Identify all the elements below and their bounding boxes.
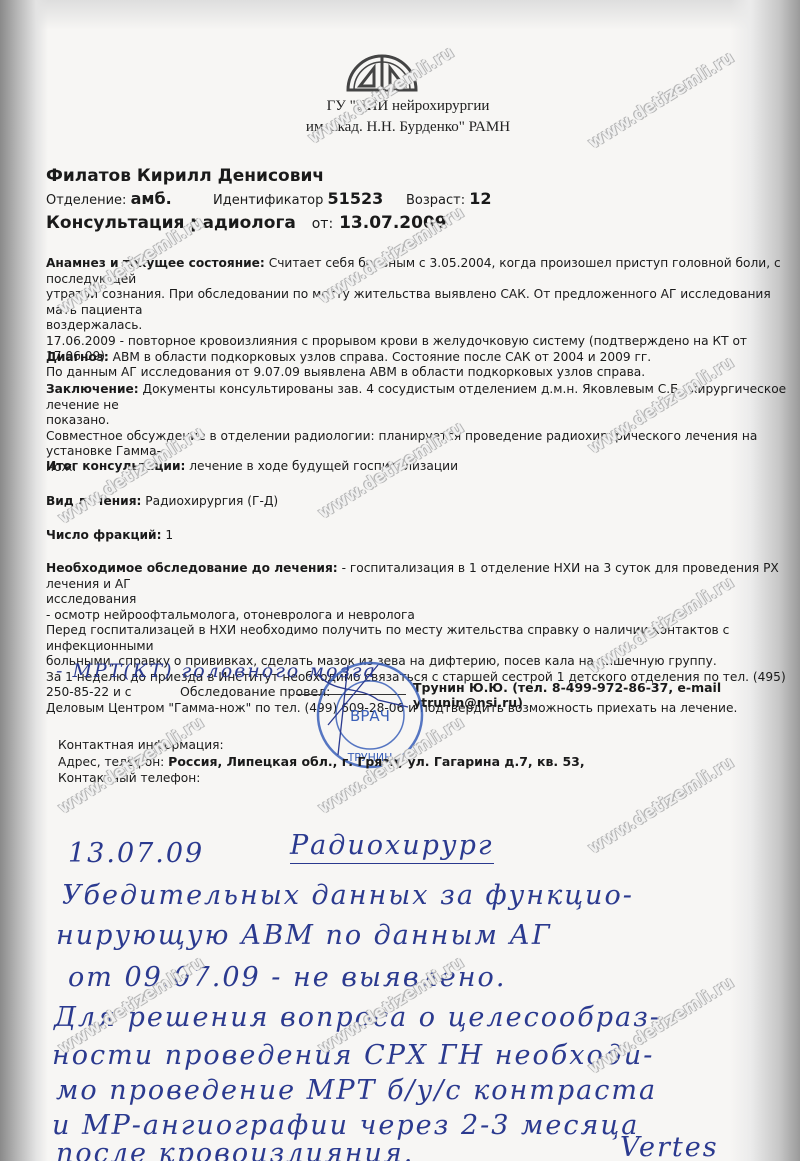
- handwritten-line: нирующую АВМ по данным АГ: [56, 920, 552, 951]
- watermark: www.detizemli.ru: [585, 753, 738, 859]
- fractions-section: Число фракций: 1: [46, 528, 798, 544]
- handwritten-date: 13.07.09: [68, 838, 204, 869]
- department-value: амб.: [131, 189, 172, 208]
- diagnosis-section: Диагноз: АВМ в области подкорковых узлов…: [46, 350, 798, 366]
- identifier-value: 51523: [328, 189, 384, 208]
- handwritten-signature: Vertes: [620, 1132, 719, 1161]
- conclusion-line: показано.: [46, 413, 798, 429]
- anamnesis-line: утратой сознания. При обследовании по ме…: [46, 287, 798, 318]
- handwritten-line: после кровоизлияния.: [56, 1138, 414, 1161]
- fractions-label: Число фракций:: [46, 528, 161, 542]
- department-label: Отделение:: [46, 193, 126, 208]
- org-name-line2: им. акад. Н.Н. Бурденко" РАМН: [8, 119, 800, 136]
- doctor-info: Трунин Ю.Ю. (тел. 8-499-972-86-37, e-mai…: [413, 680, 800, 710]
- identifier-field: Идентификатор 51523: [213, 189, 383, 208]
- scan-shadow-left: [0, 0, 48, 1161]
- treatment-type-text: Радиохирургия (Г-Д): [145, 494, 278, 508]
- treatment-type-section: Вид лечения: Радиохирургия (Г-Д): [46, 494, 798, 510]
- org-name-line1: ГУ "НИИ нейрохирургии: [8, 98, 800, 115]
- handwritten-line: Убедительных данных за функцио-: [62, 880, 634, 911]
- department-field: Отделение: амб.: [46, 189, 172, 208]
- consultation-date-label: от:: [312, 216, 333, 232]
- consultation-title: Консультация радиолога от: 13.07.2009: [46, 213, 447, 233]
- handwritten-line: мо проведение МРТ б/у/с контраста: [56, 1075, 657, 1106]
- identifier-label: Идентификатор: [213, 193, 323, 208]
- diagnosis-text: АВМ в области подкорковых узлов справа. …: [113, 350, 652, 364]
- fractions-value: 1: [165, 528, 173, 542]
- handwritten-title: Радиохирург: [290, 830, 494, 864]
- patient-name: Филатов Кирилл Денисович: [46, 166, 324, 186]
- scan-shadow-top: [0, 0, 800, 30]
- handwritten-line: ности проведения СРХ ГН необходи-: [52, 1040, 654, 1071]
- anamnesis-line: воздержалась.: [46, 318, 798, 334]
- conclusion-label: Заключение:: [46, 382, 139, 396]
- handwritten-line: и МР-ангиографии через 2-3 месяца: [52, 1110, 639, 1141]
- required-exam-line: Перед госпитализацей в НХИ необходимо по…: [46, 623, 798, 654]
- age-field: Возраст: 12: [406, 189, 492, 208]
- required-exam-label: Необходимое обследование до лечения:: [46, 561, 338, 575]
- svg-text:ВРАЧ: ВРАЧ: [350, 707, 390, 725]
- age-value: 12: [469, 189, 491, 208]
- diagnosis-label: Диагноз:: [46, 350, 109, 364]
